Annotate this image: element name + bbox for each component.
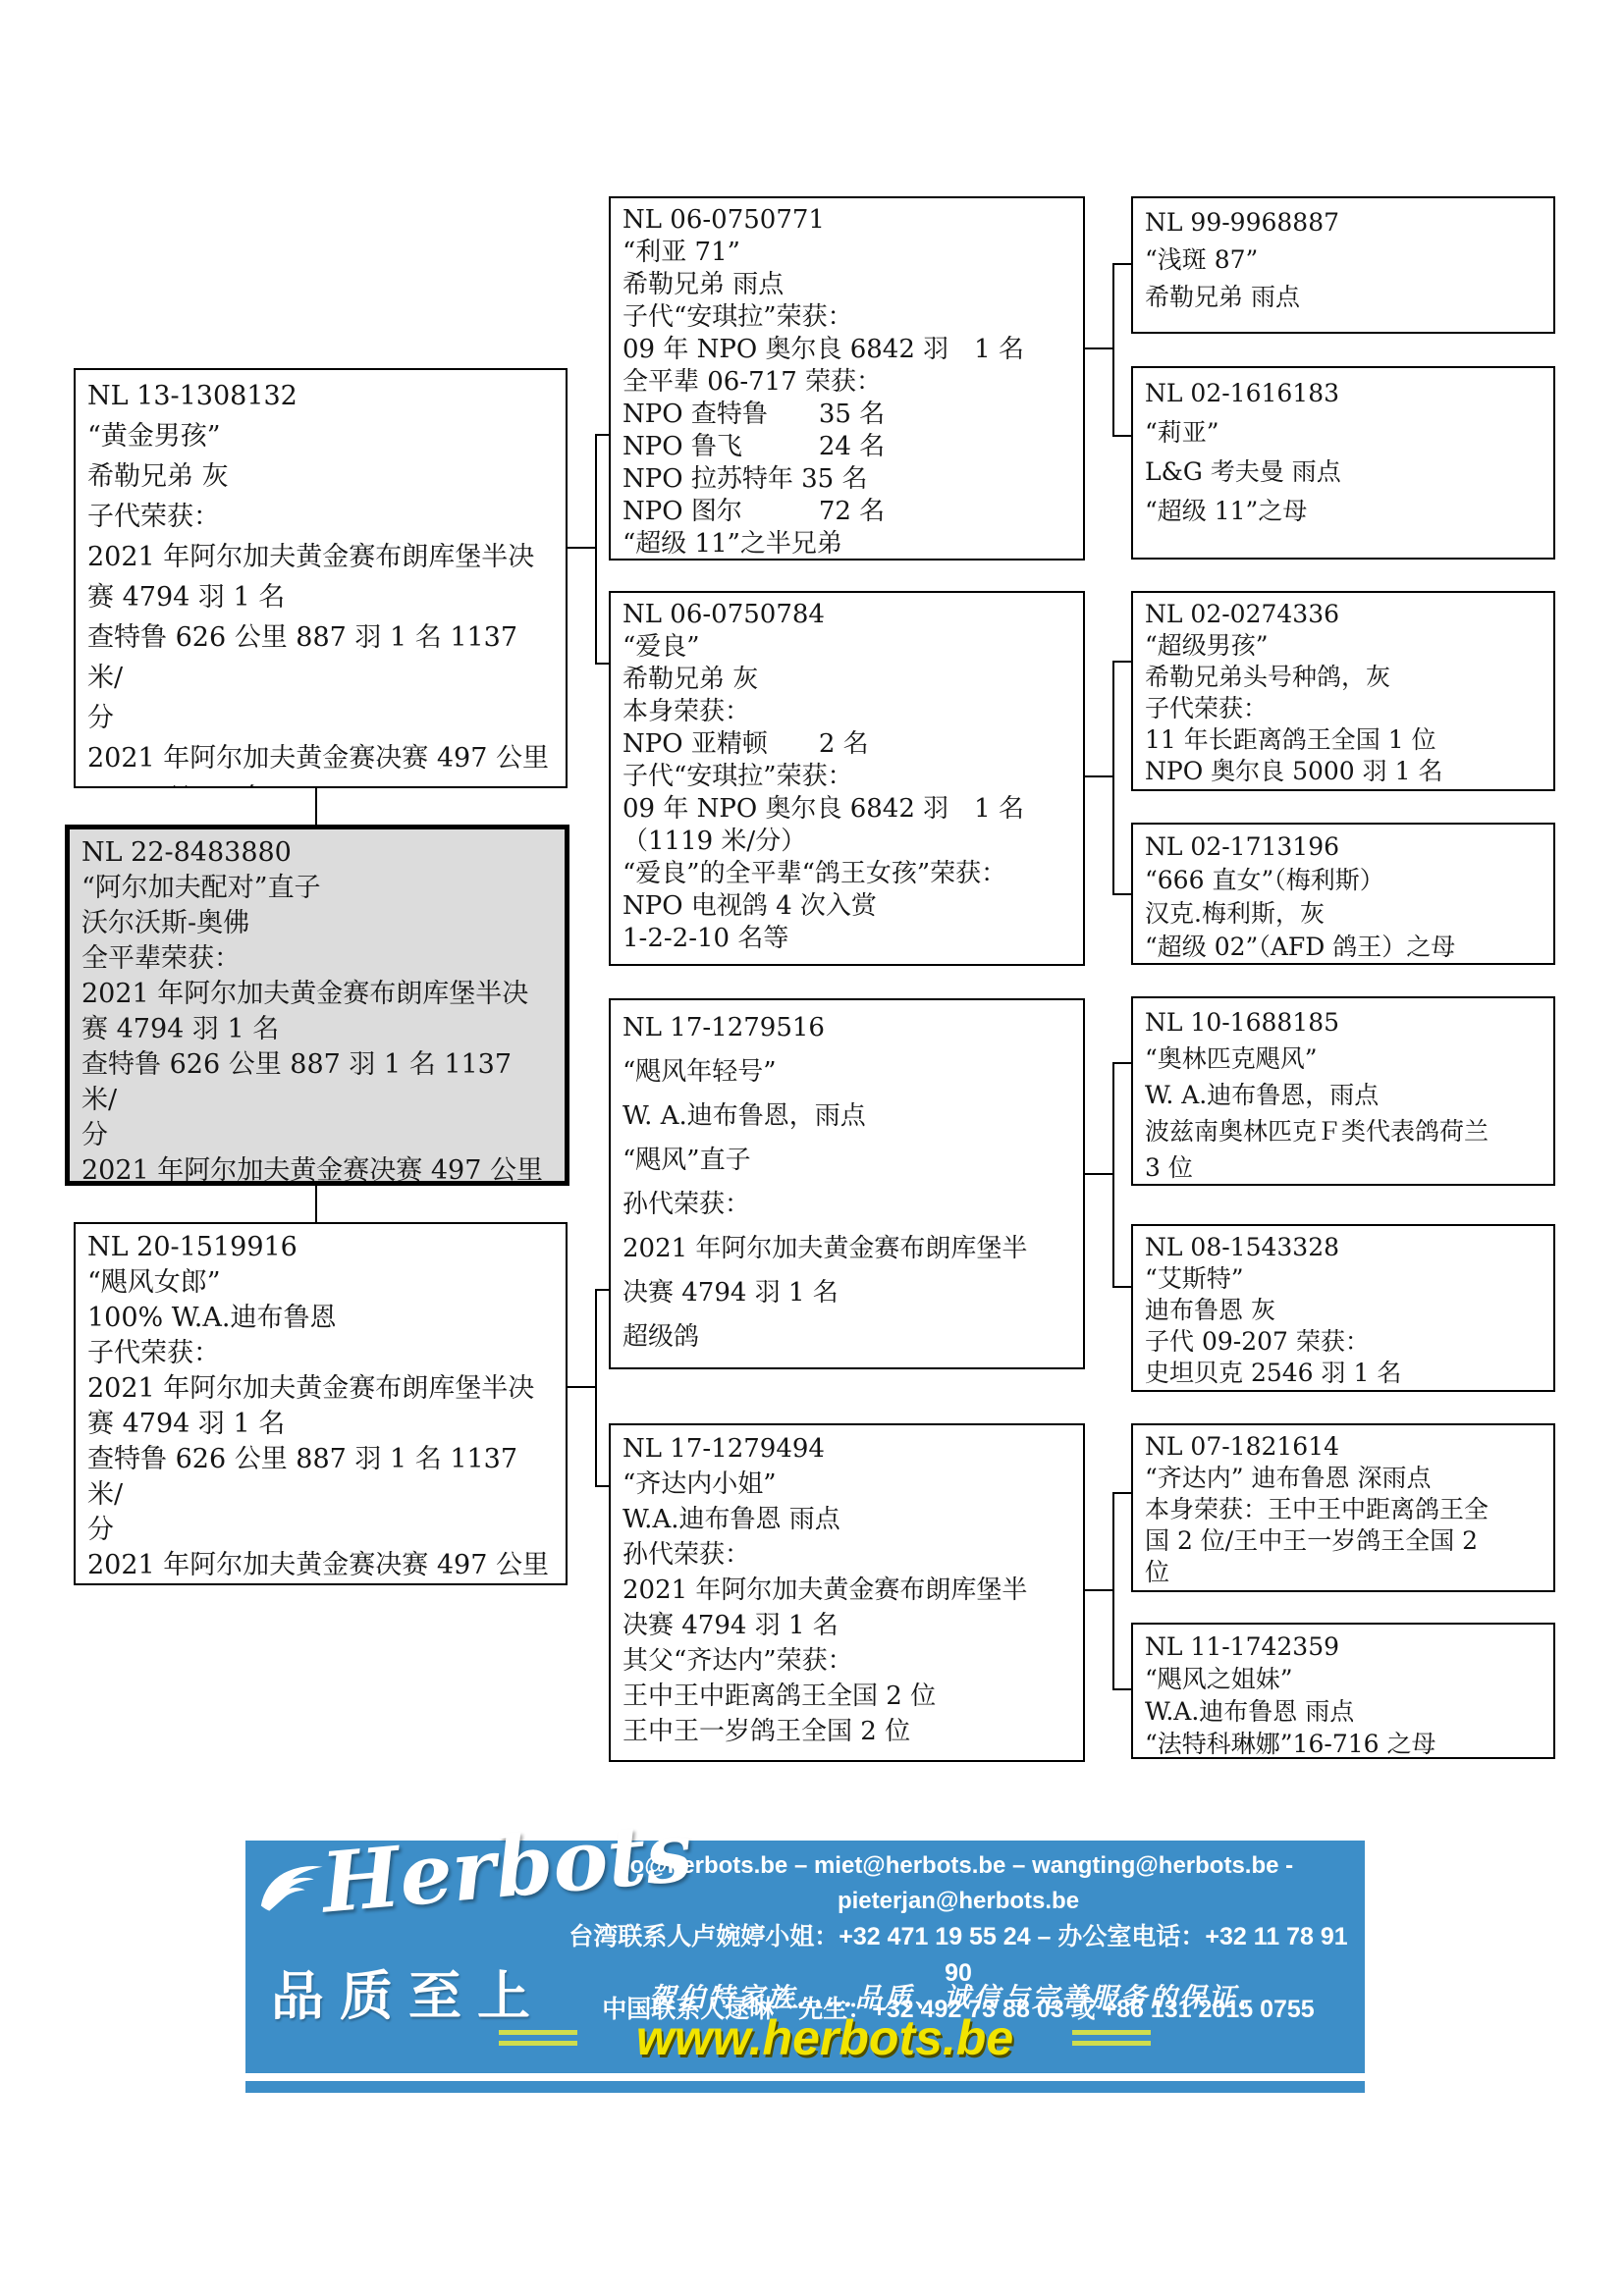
connector-sire-dam-branch [1085, 775, 1114, 777]
connector-bracket [1112, 1492, 1114, 1690]
connector-stub [1112, 1286, 1131, 1288]
connector-subject-dam [315, 1186, 317, 1222]
connector-sire-branch [568, 547, 597, 549]
connector-stub [1112, 1062, 1131, 1064]
connector-stub [595, 1289, 609, 1291]
pedigree-box-subject: NL 22-8483880 “阿尔加夫配对”直子 沃尔沃斯-奥佛 全平辈荣获： … [65, 825, 569, 1186]
pedigree-box-sire-sire-dam: NL 02-1616183 “莉亚” L&G 考夫曼 雨点 “超级 11”之母 [1131, 366, 1555, 560]
banner-emails: jo@herbots.be – miet@herbots.be – wangti… [558, 1848, 1359, 1919]
connector-stub [1112, 661, 1131, 663]
pedigree-box-sire: NL 13-1308132 “黄金男孩” 希勒兄弟 灰 子代荣获： 2021 年… [74, 368, 568, 788]
pedigree-box-dam-sire: NL 17-1279516 “飓风年轻号” W. A.迪布鲁恩，雨点 “飓风”直… [609, 998, 1085, 1369]
connector-sire-subject [315, 788, 317, 825]
banner-website: www.herbots.be [636, 2009, 1013, 2066]
connector-stub [595, 434, 609, 436]
pedigree-page: NL 13-1308132 “黄金男孩” 希勒兄弟 灰 子代荣获： 2021 年… [0, 0, 1624, 2296]
connector-stub [595, 1485, 609, 1487]
divider-line [1072, 2030, 1151, 2046]
connector-bracket [1112, 1062, 1114, 1288]
connector-dam-bracket [595, 1289, 597, 1487]
pedigree-box-dam-dam-dam: NL 11-1742359 “飓风之姐妹” W.A.迪布鲁恩 雨点 “法特科琳娜… [1131, 1623, 1555, 1759]
banner-bottom-stripe [245, 2081, 1365, 2093]
pedigree-box-sire-dam-dam: NL 02-1713196 “666 直女”（梅利斯） 汉克.梅利斯，灰 “超级… [1131, 823, 1555, 965]
connector-dam-dam-branch [1085, 1589, 1114, 1591]
herbots-logo: Herbots [251, 1812, 582, 1937]
pedigree-box-sire-dam-sire: NL 02-0274336 “超级男孩” 希勒兄弟头号种鸽，灰 子代荣获： 11… [1131, 591, 1555, 791]
pedigree-box-dam-dam-sire: NL 07-1821614 “齐达内” 迪布鲁恩 深雨点 本身荣获：王中王中距离… [1131, 1423, 1555, 1592]
connector-sire-bracket [595, 434, 597, 665]
pedigree-box-dam: NL 20-1519916 “飓风女郎” 100% W.A.迪布鲁恩 子代荣获：… [74, 1222, 568, 1585]
pedigree-box-dam-dam: NL 17-1279494 “齐达内小姐” W.A.迪布鲁恩 雨点 孙代荣获： … [609, 1423, 1085, 1762]
pedigree-box-sire-sire: NL 06-0750771 “利亚 71” 希勒兄弟 雨点 子代“安琪拉”荣获：… [609, 196, 1085, 561]
pedigree-box-dam-sire-sire: NL 10-1688185 “奥林匹克飓风” W. A.迪布鲁恩，雨点 波兹南奥… [1131, 996, 1555, 1186]
connector-bracket [1112, 263, 1114, 437]
connector-stub [1112, 1492, 1131, 1494]
herbots-banner: Herbots 品质至上 jo@herbots.be – miet@herbot… [245, 1841, 1365, 2073]
pedigree-box-dam-sire-dam: NL 08-1543328 “艾斯特” 迪布鲁恩 灰 子代 09-207 荣获：… [1131, 1224, 1555, 1392]
connector-stub [1112, 435, 1131, 437]
connector-dam-branch [568, 1386, 597, 1388]
connector-bracket [1112, 661, 1114, 895]
connector-stub [1112, 1688, 1131, 1690]
divider-line [499, 2030, 577, 2046]
banner-website-row: www.herbots.be [383, 2009, 1267, 2066]
connector-dam-sire-branch [1085, 1173, 1114, 1175]
pedigree-box-sire-sire-sire: NL 99-9968887 “浅斑 87” 希勒兄弟 雨点 [1131, 196, 1555, 334]
connector-stub [595, 663, 609, 665]
connector-stub [1112, 263, 1131, 265]
pedigree-box-sire-dam: NL 06-0750784 “爱良” 希勒兄弟 灰 本身荣获： NPO 亚精顿 … [609, 591, 1085, 966]
connector-sire-sire-branch [1085, 347, 1114, 349]
connector-stub [1112, 893, 1131, 895]
